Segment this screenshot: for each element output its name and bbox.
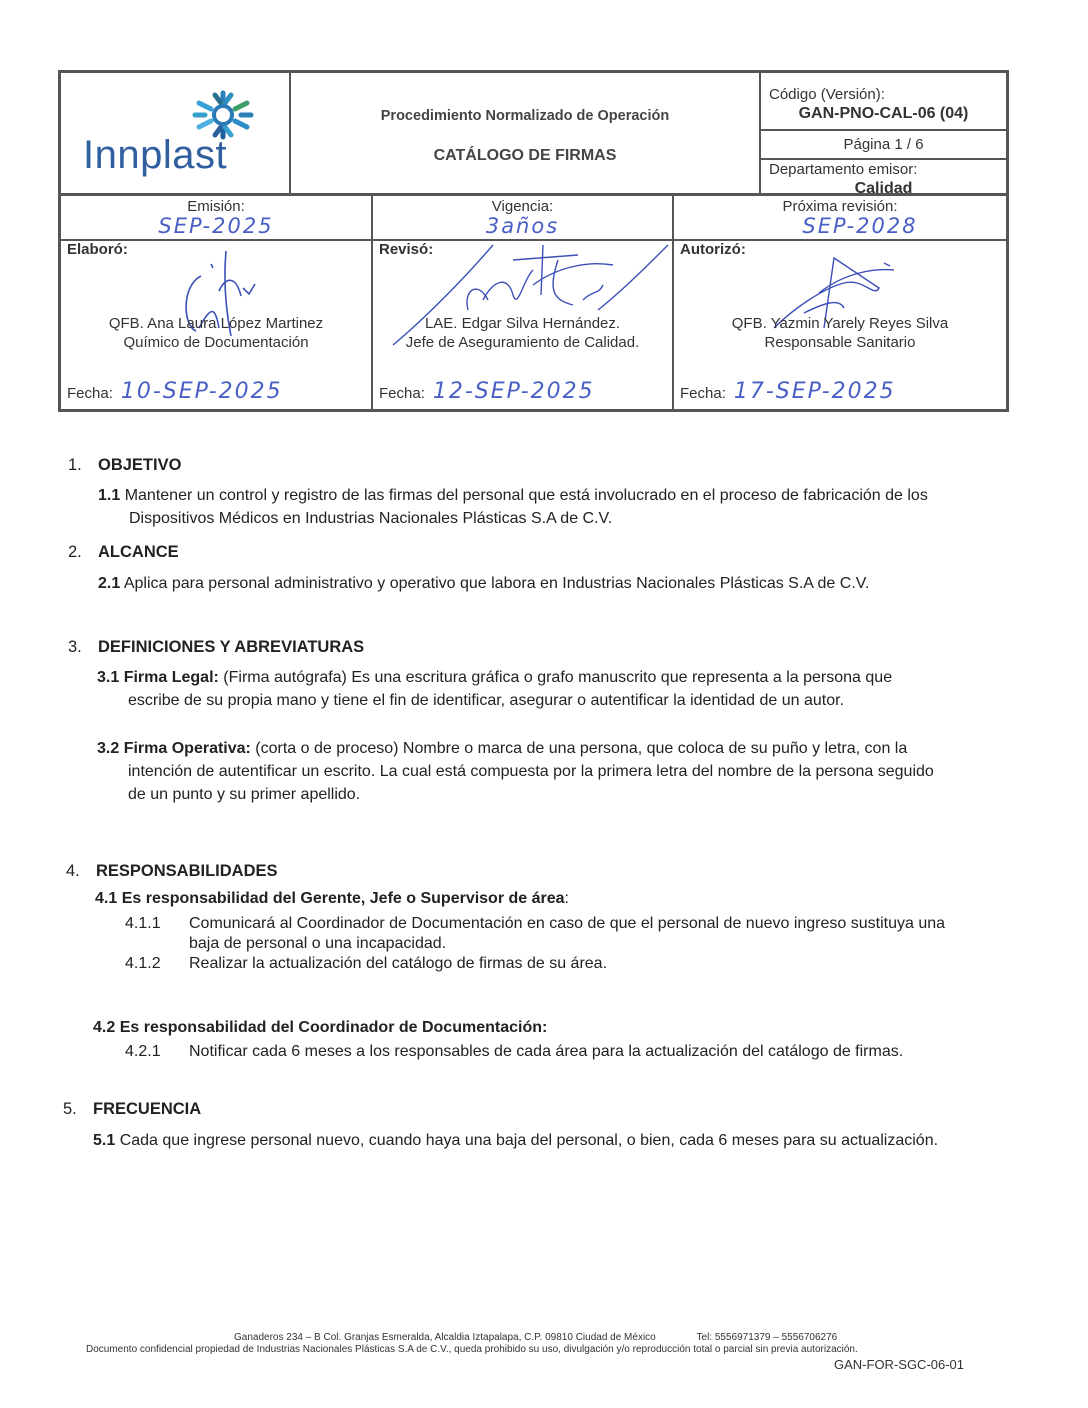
- paragraph-line: Cada que ingrese personal nuevo, cuando …: [120, 1132, 938, 1149]
- signature-block-elaboro: Elaboró: QFB. Ana Laura López Martinez Q…: [61, 240, 373, 409]
- section-number: 4.: [66, 862, 96, 881]
- logo-wordmark: Innplast: [83, 133, 227, 178]
- item-text: Comunicará al Coordinador de Documentaci…: [189, 914, 945, 954]
- signature-date: Fecha:10-SEP-2025: [67, 381, 283, 403]
- emision-value: SEP-2025: [61, 215, 371, 237]
- section-title: OBJETIVO: [98, 456, 181, 474]
- fecha-label: Fecha:: [379, 385, 425, 402]
- paragraph-line: intención de autentificar un escrito. La…: [97, 760, 934, 783]
- section-number: 5.: [63, 1100, 93, 1119]
- fecha-value: 17-SEP-2025: [734, 379, 896, 404]
- paragraph-number: 3.1: [97, 669, 119, 686]
- subsection-4-1-heading: 4.1 Es responsabilidad del Gerente, Jefe…: [95, 887, 569, 910]
- fecha-label: Fecha:: [680, 385, 726, 402]
- signatures-row: Elaboró: QFB. Ana Laura López Martinez Q…: [58, 240, 1009, 412]
- signer-name-and-position: LAE. Edgar Silva Hernández. Jefe de Aseg…: [373, 314, 672, 352]
- colon: :: [565, 890, 569, 907]
- page-indicator: Página 1 / 6: [761, 131, 1006, 160]
- paragraph-number: 4.2: [93, 1019, 115, 1036]
- role-label: Elaboró:: [67, 241, 128, 258]
- proxima-revision-cell: Próxima revisión: SEP-2028: [674, 194, 1006, 239]
- role-label: Autorizó:: [680, 241, 746, 258]
- signer-name-and-position: QFB. Yazmin Yarely Reyes Silva Responsab…: [674, 314, 1006, 352]
- paragraph-1-1: 1.1 Mantener un control y registro de la…: [98, 484, 928, 530]
- signature-block-autorizo: Autorizó: QFB. Yazmin Yarely Reyes Silva…: [674, 240, 1006, 409]
- paragraph-number: 5.1: [93, 1132, 115, 1149]
- vigencia-cell: Vigencia: 3años: [373, 194, 674, 239]
- dates-row: Emisión: SEP-2025 Vigencia: 3años Próxim…: [58, 194, 1009, 241]
- paragraph-number: 1.1: [98, 487, 120, 504]
- vigencia-value: 3años: [373, 215, 672, 237]
- paragraph-line: Aplica para personal administrativo y op…: [124, 575, 870, 592]
- section-number: 1.: [68, 456, 98, 475]
- code-value: GAN-PNO-CAL-06 (04): [761, 104, 1006, 123]
- paragraph-number: 4.1: [95, 890, 117, 907]
- section-alcance-heading: 2.ALCANCE: [68, 543, 179, 562]
- section-title: ALCANCE: [98, 543, 179, 561]
- department-row: Departamento emisor: Calidad: [761, 160, 1006, 193]
- department-label: Departamento emisor:: [761, 161, 1006, 179]
- section-responsabilidades-heading: 4.RESPONSABILIDADES: [66, 862, 278, 881]
- logo-cell: Innplast: [61, 73, 291, 193]
- term-firma-operativa: Firma Operativa:: [124, 740, 251, 757]
- emision-label: Emisión:: [61, 198, 371, 215]
- paragraph-line: (Firma autógrafa) Es una escritura gráfi…: [219, 669, 892, 686]
- document-header: Innplast Procedimiento Normalizado de Op…: [58, 70, 1009, 196]
- item-number: 4.2.1: [125, 1042, 161, 1062]
- paragraph-line: Dispositivos Médicos en Industrias Nacio…: [98, 507, 928, 530]
- paragraph-5-1: 5.1 Cada que ingrese personal nuevo, cua…: [93, 1129, 938, 1152]
- paragraph-line: (corta o de proceso) Nombre o marca de u…: [251, 740, 907, 757]
- proxima-revision-label: Próxima revisión:: [674, 198, 1006, 215]
- document-title: CATÁLOGO DE FIRMAS: [291, 147, 759, 165]
- emision-cell: Emisión: SEP-2025: [61, 194, 373, 239]
- code-label: Código (Versión):: [761, 86, 1006, 104]
- signer-position: Jefe de Aseguramiento de Calidad.: [373, 333, 672, 352]
- paragraph-2-1: 2.1 Aplica para personal administrativo …: [98, 572, 869, 595]
- procedure-type: Procedimiento Normalizado de Operación: [291, 108, 759, 124]
- fecha-label: Fecha:: [67, 385, 113, 402]
- signer-name: LAE. Edgar Silva Hernández.: [373, 314, 672, 333]
- section-number: 2.: [68, 543, 98, 562]
- subsection-title: Es responsabilidad del Gerente, Jefe o S…: [122, 890, 565, 907]
- paragraph-number: 2.1: [98, 575, 120, 592]
- signer-position: Químico de Documentación: [61, 333, 371, 352]
- address-text: Ganaderos 234 – B Col. Granjas Esmeralda…: [234, 1332, 656, 1343]
- item-text: Realizar la actualización del catálogo d…: [189, 954, 607, 974]
- paragraph-number: 3.2: [97, 740, 119, 757]
- term-firma-legal: Firma Legal:: [124, 669, 219, 686]
- item-number: 4.1.2: [125, 954, 161, 974]
- section-objetivo-heading: 1.OBJETIVO: [68, 456, 181, 475]
- subsection-title: Es responsabilidad del Coordinador de Do…: [120, 1019, 548, 1036]
- section-number: 3.: [68, 638, 98, 657]
- section-title: RESPONSABILIDADES: [96, 862, 278, 880]
- section-frecuencia-heading: 5.FRECUENCIA: [63, 1100, 201, 1119]
- section-definiciones-heading: 3.DEFINICIONES Y ABREVIATURAS: [68, 638, 364, 657]
- signer-name: QFB. Ana Laura López Martinez: [61, 314, 371, 333]
- meta-cell: Código (Versión): GAN-PNO-CAL-06 (04) Pá…: [761, 73, 1006, 193]
- item-line: Comunicará al Coordinador de Documentaci…: [189, 914, 945, 934]
- item-number: 4.1.1: [125, 914, 161, 934]
- subsection-4-2-heading: 4.2 Es responsabilidad del Coordinador d…: [93, 1016, 547, 1039]
- title-cell: Procedimiento Normalizado de Operación C…: [291, 73, 761, 193]
- section-title: DEFINICIONES Y ABREVIATURAS: [98, 638, 364, 656]
- code-row: Código (Versión): GAN-PNO-CAL-06 (04): [761, 73, 1006, 131]
- section-title: FRECUENCIA: [93, 1100, 201, 1118]
- proxima-revision-value: SEP-2028: [674, 215, 1006, 237]
- signature-block-reviso: Revisó: LAE. Edgar Silva Hernández. Jefe…: [373, 240, 674, 409]
- paragraph-line: de un punto y su primer apellido.: [97, 783, 934, 806]
- signature-date: Fecha:17-SEP-2025: [680, 381, 896, 403]
- paragraph-line: escribe de su propia mano y tiene el fin…: [97, 689, 892, 712]
- signer-name: QFB. Yazmin Yarely Reyes Silva: [674, 314, 1006, 333]
- fecha-value: 10-SEP-2025: [121, 379, 283, 404]
- signature-date: Fecha:12-SEP-2025: [379, 381, 595, 403]
- footer-address: Ganaderos 234 – B Col. Granjas Esmeralda…: [234, 1332, 1088, 1343]
- signer-position: Responsable Sanitario: [674, 333, 1006, 352]
- paragraph-3-1: 3.1 Firma Legal: (Firma autógrafa) Es un…: [97, 666, 892, 712]
- item-text: Notificar cada 6 meses a los responsable…: [189, 1042, 903, 1062]
- paragraph-line: Mantener un control y registro de las fi…: [125, 487, 928, 504]
- footer-confidential: Documento confidencial propiedad de Indu…: [86, 1344, 1088, 1355]
- item-line: baja de personal o una incapacidad.: [189, 934, 945, 954]
- paragraph-3-2: 3.2 Firma Operativa: (corta o de proceso…: [97, 737, 934, 806]
- phone-text: Tel: 5556971379 – 5556706276: [697, 1332, 838, 1343]
- vigencia-label: Vigencia:: [373, 198, 672, 215]
- form-code: GAN-FOR-SGC-06-01: [834, 1357, 964, 1372]
- signer-name-and-position: QFB. Ana Laura López Martinez Químico de…: [61, 314, 371, 352]
- fecha-value: 12-SEP-2025: [433, 379, 595, 404]
